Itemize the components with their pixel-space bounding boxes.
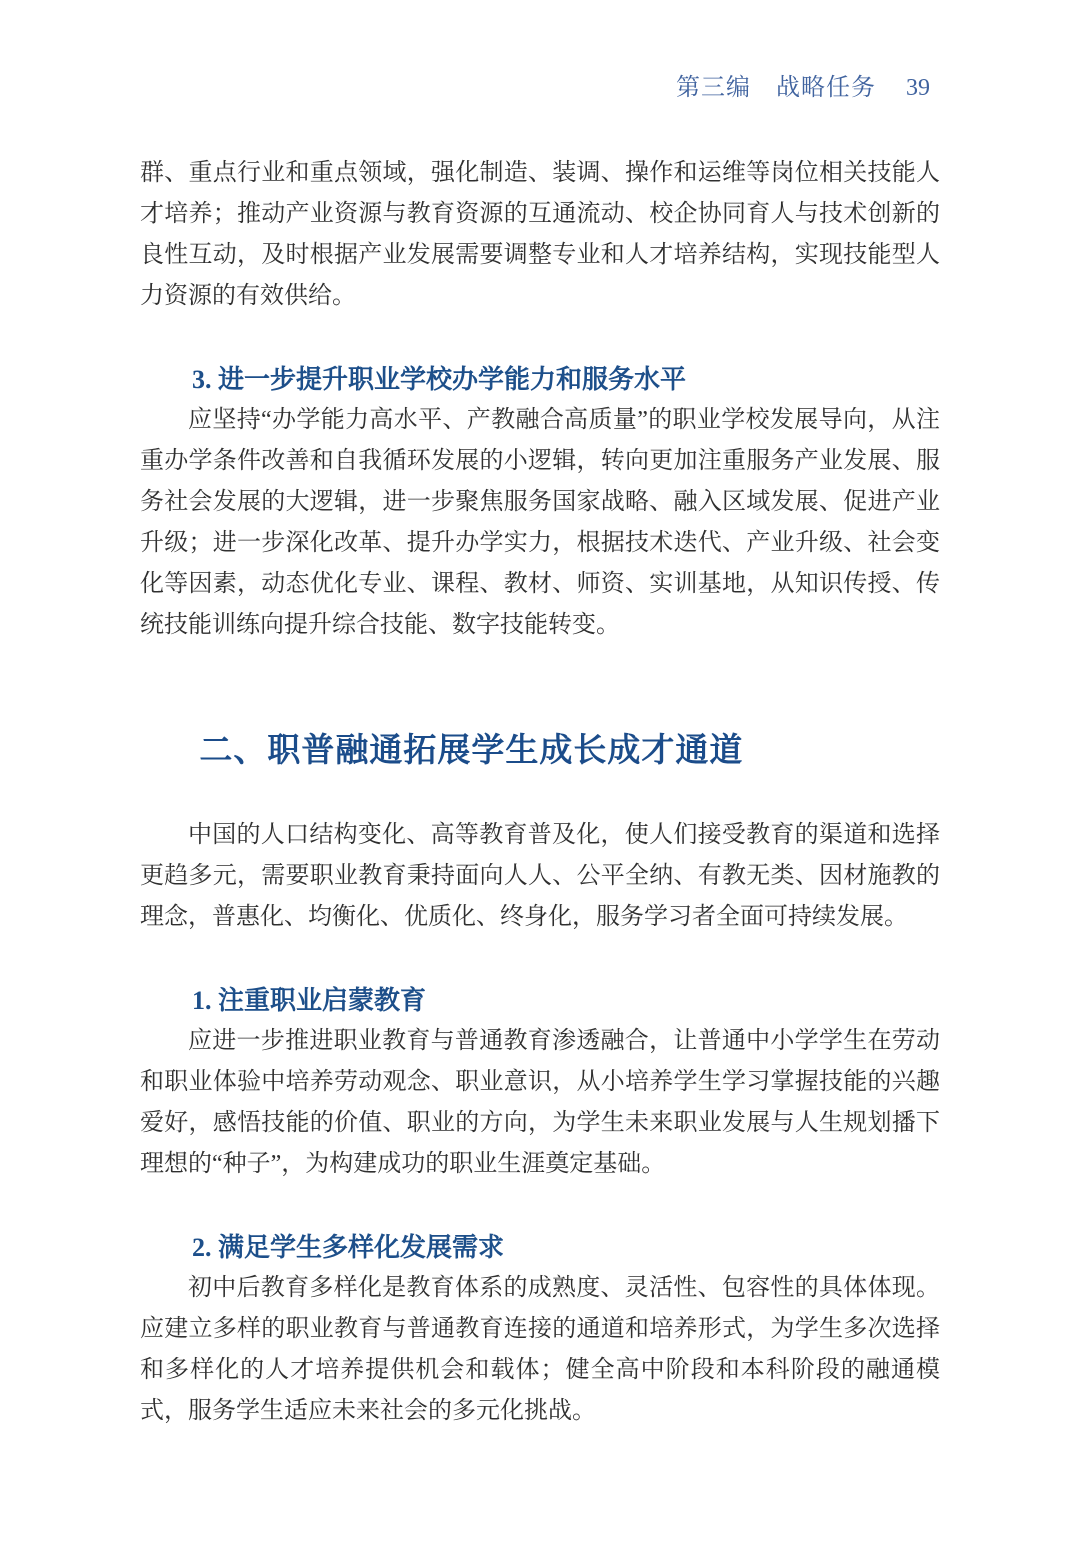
subsection-1-paragraph: 应进一步推进职业教育与普通教育渗透融合，让普通中小学学生在劳动和职业体验中培养劳… bbox=[140, 1021, 940, 1185]
section-heading-two: 二、职普融通拓展学生成长成才通道 bbox=[140, 726, 940, 776]
page-number: 39 bbox=[906, 75, 930, 101]
document-page: 第三编 战略任务39 群、重点行业和重点领域，强化制造、装调、操作和运维等岗位相… bbox=[0, 0, 1080, 1561]
subsection-heading-2: 2. 满足学生多样化发展需求 bbox=[140, 1227, 940, 1268]
subsection-2-paragraph: 初中后教育多样化是教育体系的成熟度、灵活性、包容性的具体体现。应建立多样的职业教… bbox=[140, 1268, 940, 1432]
page-header: 第三编 战略任务39 bbox=[676, 74, 930, 102]
paragraph-continued-from-previous-page: 群、重点行业和重点领域，强化制造、装调、操作和运维等岗位相关技能人才培养；推动产… bbox=[140, 153, 940, 317]
subsection-3-paragraph: 应坚持“办学能力高水平、产教融合高质量”的职业学校发展导向，从注重办学条件改善和… bbox=[140, 400, 940, 646]
subsection-heading-3: 3. 进一步提升职业学校办学能力和服务水平 bbox=[140, 359, 940, 400]
page-content: 群、重点行业和重点领域，强化制造、装调、操作和运维等岗位相关技能人才培养；推动产… bbox=[140, 153, 940, 1432]
subsection-heading-1: 1. 注重职业启蒙教育 bbox=[140, 980, 940, 1021]
running-header-title: 第三编 战略任务 bbox=[676, 75, 876, 101]
section-two-intro-paragraph: 中国的人口结构变化、高等教育普及化，使人们接受教育的渠道和选择更趋多元，需要职业… bbox=[140, 815, 940, 938]
